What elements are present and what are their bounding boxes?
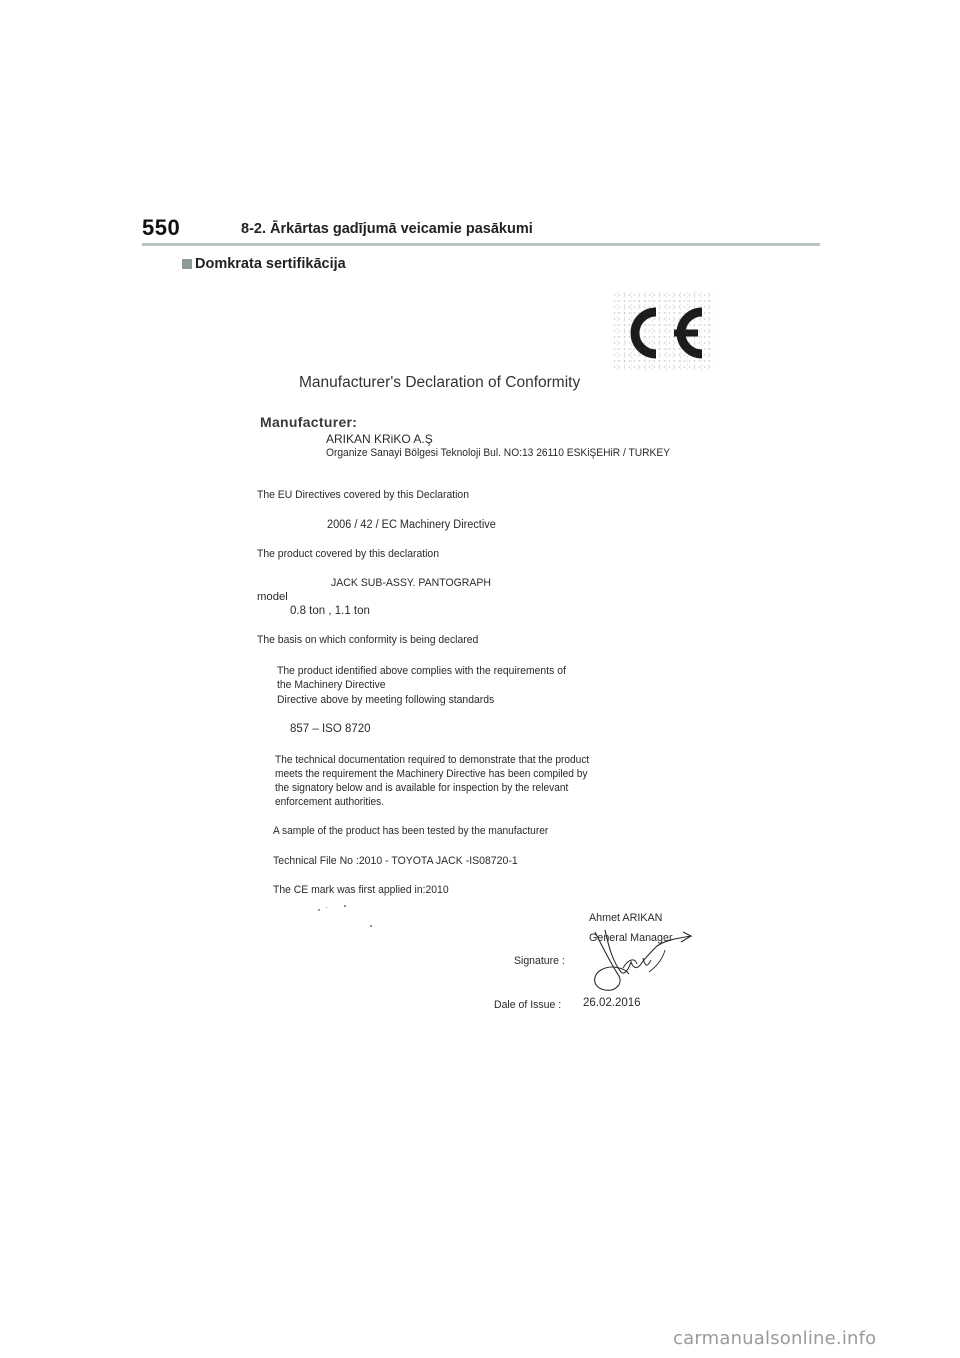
signature-scribble xyxy=(585,928,697,992)
technical-doc-line: meets the requirement the Machinery Dire… xyxy=(275,768,588,780)
product-label: The product covered by this declaration xyxy=(257,548,439,560)
sample-statement: A sample of the product has been tested … xyxy=(273,825,548,837)
signature-label: Signature : xyxy=(514,955,565,967)
certificate-scan: Manufacturer's Declaration of Conformity… xyxy=(0,0,960,1358)
technical-doc-line: the signatory below and is available for… xyxy=(275,782,568,794)
date-value: 26.02.2016 xyxy=(583,997,641,1009)
basis-line: Directive above by meeting following sta… xyxy=(277,694,494,706)
watermark-link[interactable]: carmanualsonline.info xyxy=(673,1328,876,1349)
technical-doc-line: The technical documentation required to … xyxy=(275,754,589,766)
basis-line: The product identified above complies wi… xyxy=(277,665,566,677)
product-name: JACK SUB-ASSY. PANTOGRAPH xyxy=(331,577,491,589)
technical-file: Technical File No :2010 - TOYOTA JACK -I… xyxy=(273,855,518,867)
ce-first-applied: The CE mark was first applied in:2010 xyxy=(273,884,449,896)
basis-line: the Machinery Directive xyxy=(277,679,386,691)
standard: 857 – ISO 8720 xyxy=(290,723,371,735)
certificate-title: Manufacturer's Declaration of Conformity xyxy=(299,374,580,392)
manufacturer-address: Organize Sanayi Bölgesi Teknoloji Bul. N… xyxy=(326,447,670,459)
technical-doc-line: enforcement authorities. xyxy=(275,796,384,808)
directives-label: The EU Directives covered by this Declar… xyxy=(257,489,469,501)
directive: 2006 / 42 / EC Machinery Directive xyxy=(327,519,496,531)
basis-label: The basis on which conformity is being d… xyxy=(257,634,478,646)
model-label: model xyxy=(257,591,288,603)
manufacturer-name: ARIKAN KRiKO A.Ş xyxy=(326,432,433,446)
model-values: 0.8 ton , 1.1 ton xyxy=(290,605,370,617)
date-label: Dale of Issue : xyxy=(494,999,561,1011)
manufacturer-label: Manufacturer: xyxy=(260,414,357,430)
signatory-name: Ahmet ARIKAN xyxy=(589,912,662,924)
ce-mark-icon xyxy=(612,292,714,370)
